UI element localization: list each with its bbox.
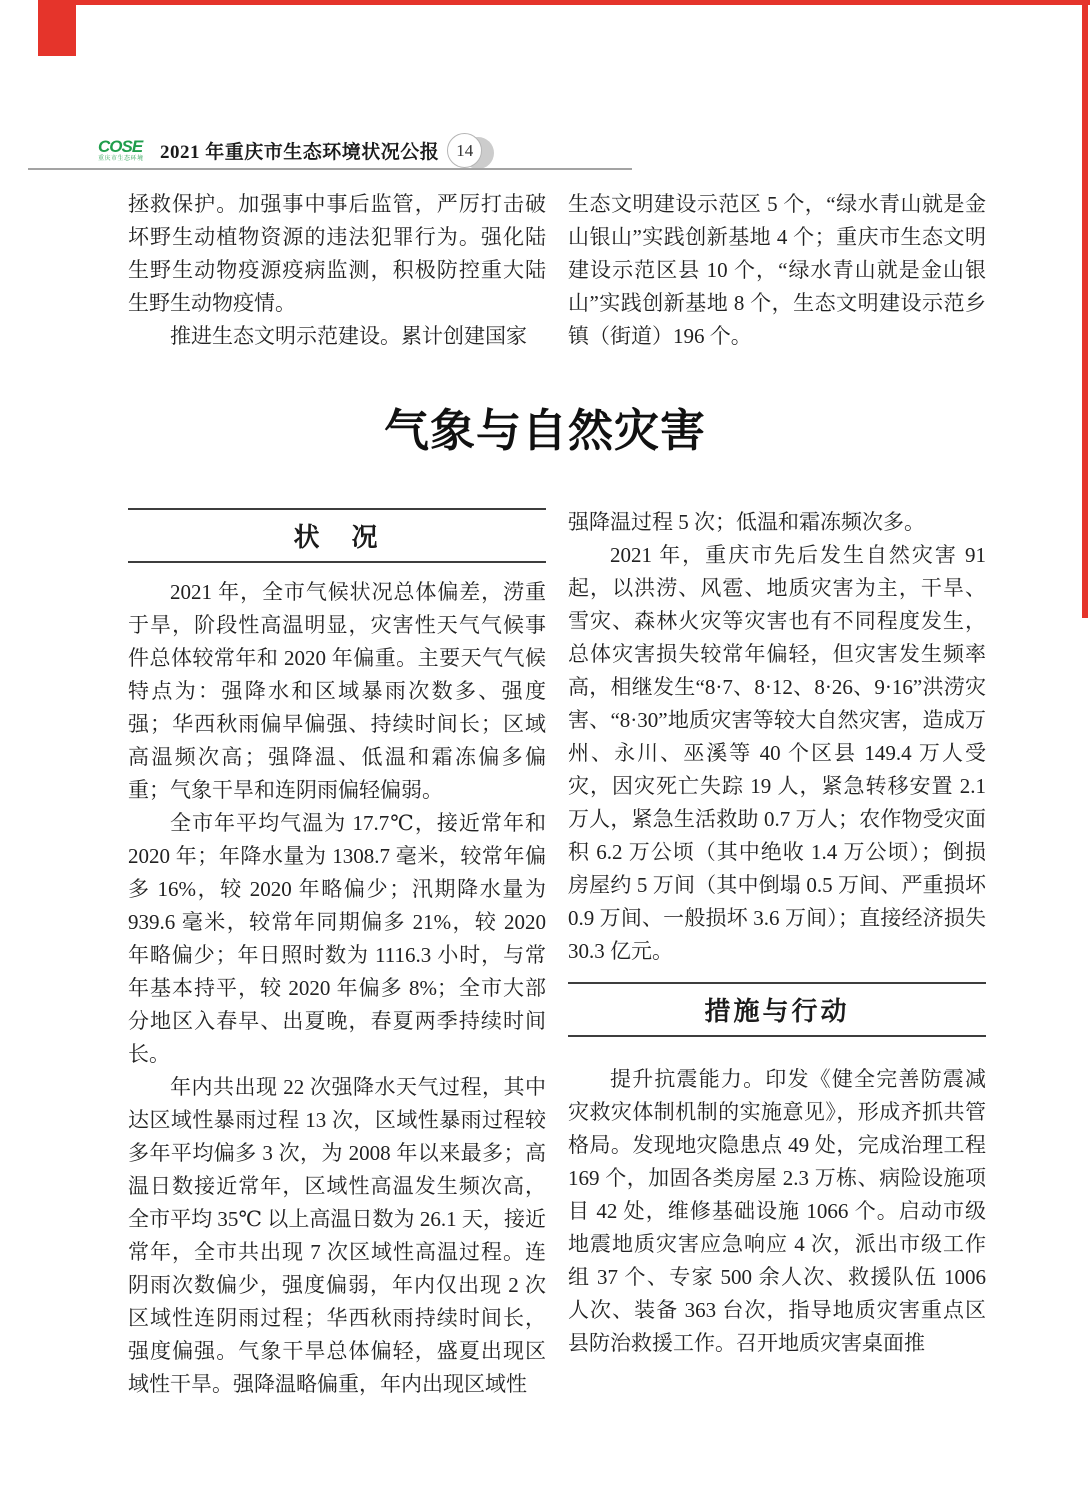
intro-left-column: 拯救保护。加强事中事后监管，严厉打击破坏野生动植物资源的违法犯罪行为。强化陆生野…: [128, 188, 546, 353]
paragraph-status-4: 2021 年，重庆市先后发生自然灾害 91 起，以洪涝、风雹、地质灾害为主，干旱…: [568, 539, 986, 968]
paragraph-intro-right-1: 生态文明建设示范区 5 个，“绿水青山就是金山银山”实践创新基地 4 个；重庆市…: [568, 188, 986, 353]
paragraph-status-2: 全市年平均气温为 17.7℃，接近常年和 2020 年；年降水量为 1308.7…: [128, 807, 546, 1071]
paragraph-intro-left-1: 拯救保护。加强事中事后监管，严厉打击破坏野生动植物资源的违法犯罪行为。强化陆生野…: [128, 188, 546, 320]
page-header: COSE 重庆市生态环境 2021 年重庆市生态环境状况公报 14: [98, 130, 497, 170]
paragraph-status-1: 2021 年，全市气候状况总体偏差，涝重于旱，阶段性高温明显，灾害性天气气候事件…: [128, 576, 546, 807]
paragraph-intro-left-2: 推进生态文明示范建设。累计创建国家: [128, 320, 546, 353]
logo: COSE 重庆市生态环境: [98, 138, 150, 162]
paragraph-status-3-continuation: 强降温过程 5 次；低温和霜冻频次多。: [568, 506, 986, 539]
report-title: 2021 年重庆市生态环境状况公报: [160, 137, 439, 164]
page-number-badge: 14: [447, 130, 497, 170]
page-number: 14: [456, 141, 473, 161]
intro-right-column: 生态文明建设示范区 5 个，“绿水青山就是金山银山”实践创新基地 4 个；重庆市…: [568, 188, 986, 353]
status-left-column: 2021 年，全市气候状况总体偏差，涝重于旱，阶段性高温明显，灾害性天气气候事件…: [128, 576, 546, 1401]
chapter-title: 气象与自然灾害: [0, 394, 1090, 459]
header-rule: [28, 168, 632, 170]
right-column: 强降温过程 5 次；低温和霜冻频次多。 2021 年，重庆市先后发生自然灾害 9…: [568, 506, 986, 1360]
logo-subtext: 重庆市生态环境: [98, 156, 150, 162]
document-page: COSE 重庆市生态环境 2021 年重庆市生态环境状况公报 14 拯救保护。加…: [0, 0, 1090, 1489]
section-heading-status: 状 况: [128, 508, 546, 563]
logo-text: COSE: [98, 138, 150, 155]
section-heading-measures-text: 措施与行动: [704, 997, 849, 1026]
paragraph-measures-1: 提升抗震能力。印发《健全完善防震减灾救灾体制机制的实施意见》，形成齐抓共管格局。…: [568, 1063, 986, 1360]
chapter-edge-tab: [38, 0, 76, 56]
section-heading-measures: 措施与行动: [568, 982, 986, 1037]
page-border-top: [38, 0, 1090, 5]
page-border-right: [1082, 0, 1088, 618]
section-heading-status-text: 状 况: [293, 523, 380, 552]
paragraph-status-3: 年内共出现 22 次强降水天气过程，其中达区域性暴雨过程 13 次，区域性暴雨过…: [128, 1071, 546, 1401]
